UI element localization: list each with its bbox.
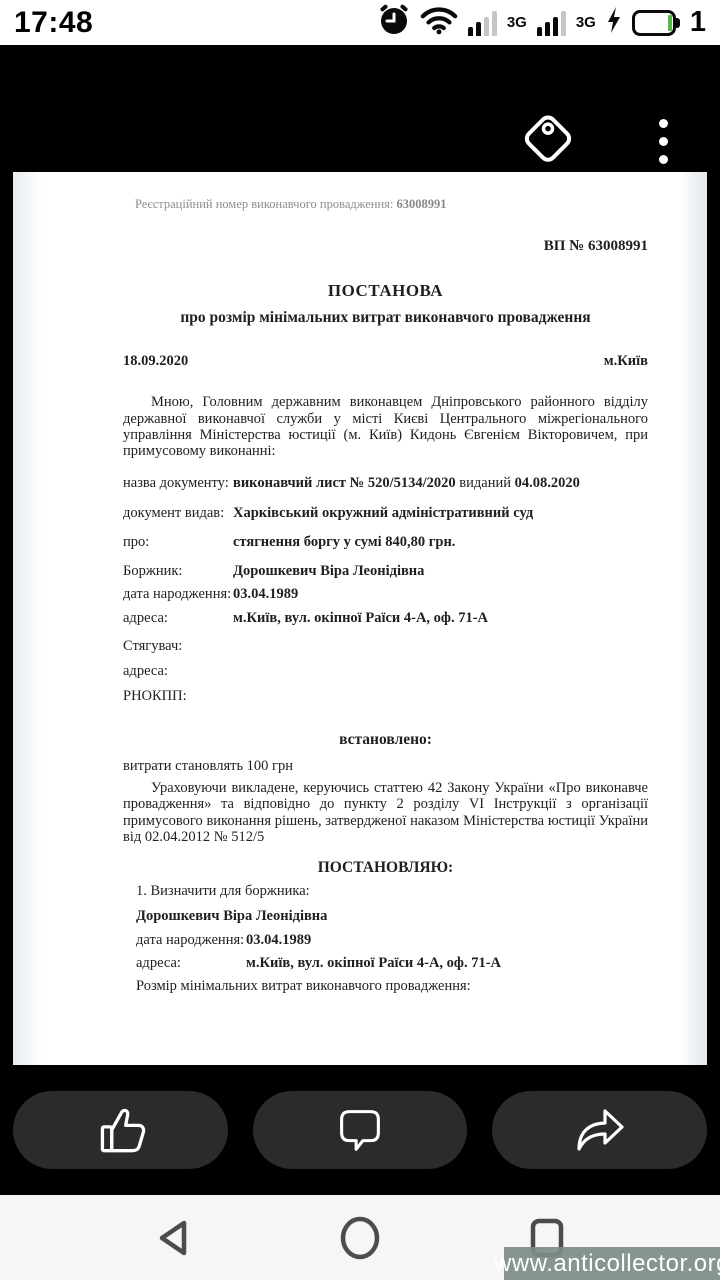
share-button[interactable]: [492, 1091, 707, 1169]
field-label: адреса:: [123, 663, 233, 679]
resolve-heading: ПОСТАНОВЛЯЮ:: [123, 859, 648, 876]
field-value: виконавчий лист № 520/5134/2020 виданий …: [233, 475, 580, 491]
field-label: про:: [123, 534, 233, 550]
overflow-menu-icon: [659, 119, 668, 128]
field-value: м.Київ, вул. окіпної Раїси 4-А, оф. 71-А: [246, 955, 501, 971]
document-fields: назва документу:виконавчий лист № 520/51…: [123, 475, 648, 550]
intro-paragraph: Мною, Головним державним виконавцем Дніп…: [123, 394, 648, 459]
like-button[interactable]: [13, 1091, 228, 1169]
document-field-row: про:стягнення боргу у сумі 840,80 грн.: [123, 534, 648, 550]
field-label: Стягувач:: [123, 638, 233, 654]
page-left-edge: [13, 172, 43, 1065]
document-field-row: адреса:: [123, 663, 648, 679]
signal-bars-sim2-icon: [537, 10, 566, 36]
action-bar: [0, 1065, 720, 1195]
document-field-row: назва документу:виконавчий лист № 520/51…: [123, 475, 648, 491]
document-subtitle: про розмір мінімальних витрат виконавчог…: [123, 309, 648, 326]
document-field-row: адреса:м.Київ, вул. окіпної Раїси 4-А, о…: [123, 610, 648, 626]
document-field-row: РНОКПП:: [123, 688, 648, 704]
nav-back-button[interactable]: [143, 1208, 203, 1268]
field-value: 03.04.1989: [233, 586, 298, 602]
signal-bars-sim1-icon: [468, 10, 497, 36]
registration-label: Реєстраційний номер виконавчого провадже…: [135, 197, 393, 211]
network-type-sim2: 3G: [576, 14, 596, 31]
comment-icon: [331, 1101, 389, 1159]
app-toolbar: [0, 45, 720, 172]
page-right-edge: [679, 172, 707, 1065]
field-value: Дорошкевич Віра Леонідівна: [233, 563, 424, 579]
resolve-block: 1. Визначити для боржника: Дорошкевич Ві…: [123, 883, 648, 971]
legal-paragraph: Ураховуючи викладене, керуючись статтею …: [123, 780, 648, 845]
document-city: м.Київ: [604, 353, 648, 369]
field-label: назва документу:: [123, 475, 233, 491]
document-field-row: Боржник:Дорошкевич Віра Леонідівна: [123, 563, 648, 579]
field-value: 03.04.1989: [246, 932, 311, 948]
date-city-line: 18.09.2020 м.Київ: [123, 353, 648, 369]
field-label: РНОКПП:: [123, 688, 233, 704]
watermark: www.anticollector.org: [504, 1247, 720, 1280]
resolve-fields: дата народження:03.04.1989адреса:м.Київ,…: [136, 932, 648, 971]
field-label: адреса:: [136, 955, 246, 971]
field-label: Боржник:: [123, 563, 233, 579]
clock-time: 17:48: [14, 6, 93, 40]
battery-level: 1: [690, 6, 706, 39]
final-line: Розмір мінімальних витрат виконавчого пр…: [123, 978, 648, 994]
status-bar: 17:48 3G 3G: [0, 0, 720, 45]
registration-number: 63008991: [397, 197, 447, 211]
document-date: 18.09.2020: [123, 353, 188, 369]
back-triangle-icon: [152, 1217, 194, 1259]
document-content: Реєстраційний номер виконавчого провадже…: [123, 172, 648, 1065]
field-label: документ видав:: [123, 505, 233, 521]
field-label: дата народження:: [123, 586, 233, 602]
resolve-item: 1. Визначити для боржника:: [136, 883, 648, 899]
tag-icon: [518, 110, 578, 170]
resolve-debtor-name: Дорошкевич Віра Леонідівна: [136, 908, 648, 924]
home-circle-icon: [337, 1215, 383, 1261]
collector-fields: Стягувач:адреса:РНОКПП:: [123, 638, 648, 705]
document-field-row: Стягувач:: [123, 638, 648, 654]
network-type-sim1: 3G: [507, 14, 527, 31]
alarm-icon: [378, 4, 410, 41]
field-value: стягнення боргу у сумі 840,80 грн.: [233, 534, 455, 550]
share-icon: [570, 1100, 630, 1160]
document-field-row: адреса:м.Київ, вул. окіпної Раїси 4-А, о…: [136, 955, 648, 971]
charging-bolt-icon: [606, 6, 622, 39]
status-icons: 3G 3G 1: [378, 4, 706, 41]
nav-home-button[interactable]: [330, 1208, 390, 1268]
field-label: дата народження:: [136, 932, 246, 948]
document-field-row: дата народження:03.04.1989: [136, 932, 648, 948]
vp-number: ВП № 63008991: [123, 238, 648, 255]
document-page[interactable]: Реєстраційний номер виконавчого провадже…: [13, 172, 707, 1065]
debtor-fields: Боржник:Дорошкевич Віра Леонідівнадата н…: [123, 563, 648, 626]
field-value: Харківський окружний адміністративний су…: [233, 505, 533, 521]
registration-line: Реєстраційний номер виконавчого провадже…: [123, 197, 648, 211]
thumbs-up-icon: [89, 1099, 151, 1161]
battery-icon: [632, 10, 680, 36]
document-field-row: документ видав:Харківський окружний адмі…: [123, 505, 648, 521]
document-field-row: дата народження:03.04.1989: [123, 586, 648, 602]
field-label: адреса:: [123, 610, 233, 626]
costs-line: витрати становлять 100 грн: [123, 758, 648, 774]
wifi-icon: [420, 5, 458, 40]
overflow-menu-button[interactable]: [645, 111, 681, 171]
comment-button[interactable]: [253, 1091, 468, 1169]
field-value: м.Київ, вул. окіпної Раїси 4-А, оф. 71-А: [233, 610, 488, 626]
established-heading: встановлено:: [123, 731, 648, 748]
tag-label-button[interactable]: [518, 110, 578, 170]
document-title: ПОСТАНОВА: [123, 281, 648, 300]
